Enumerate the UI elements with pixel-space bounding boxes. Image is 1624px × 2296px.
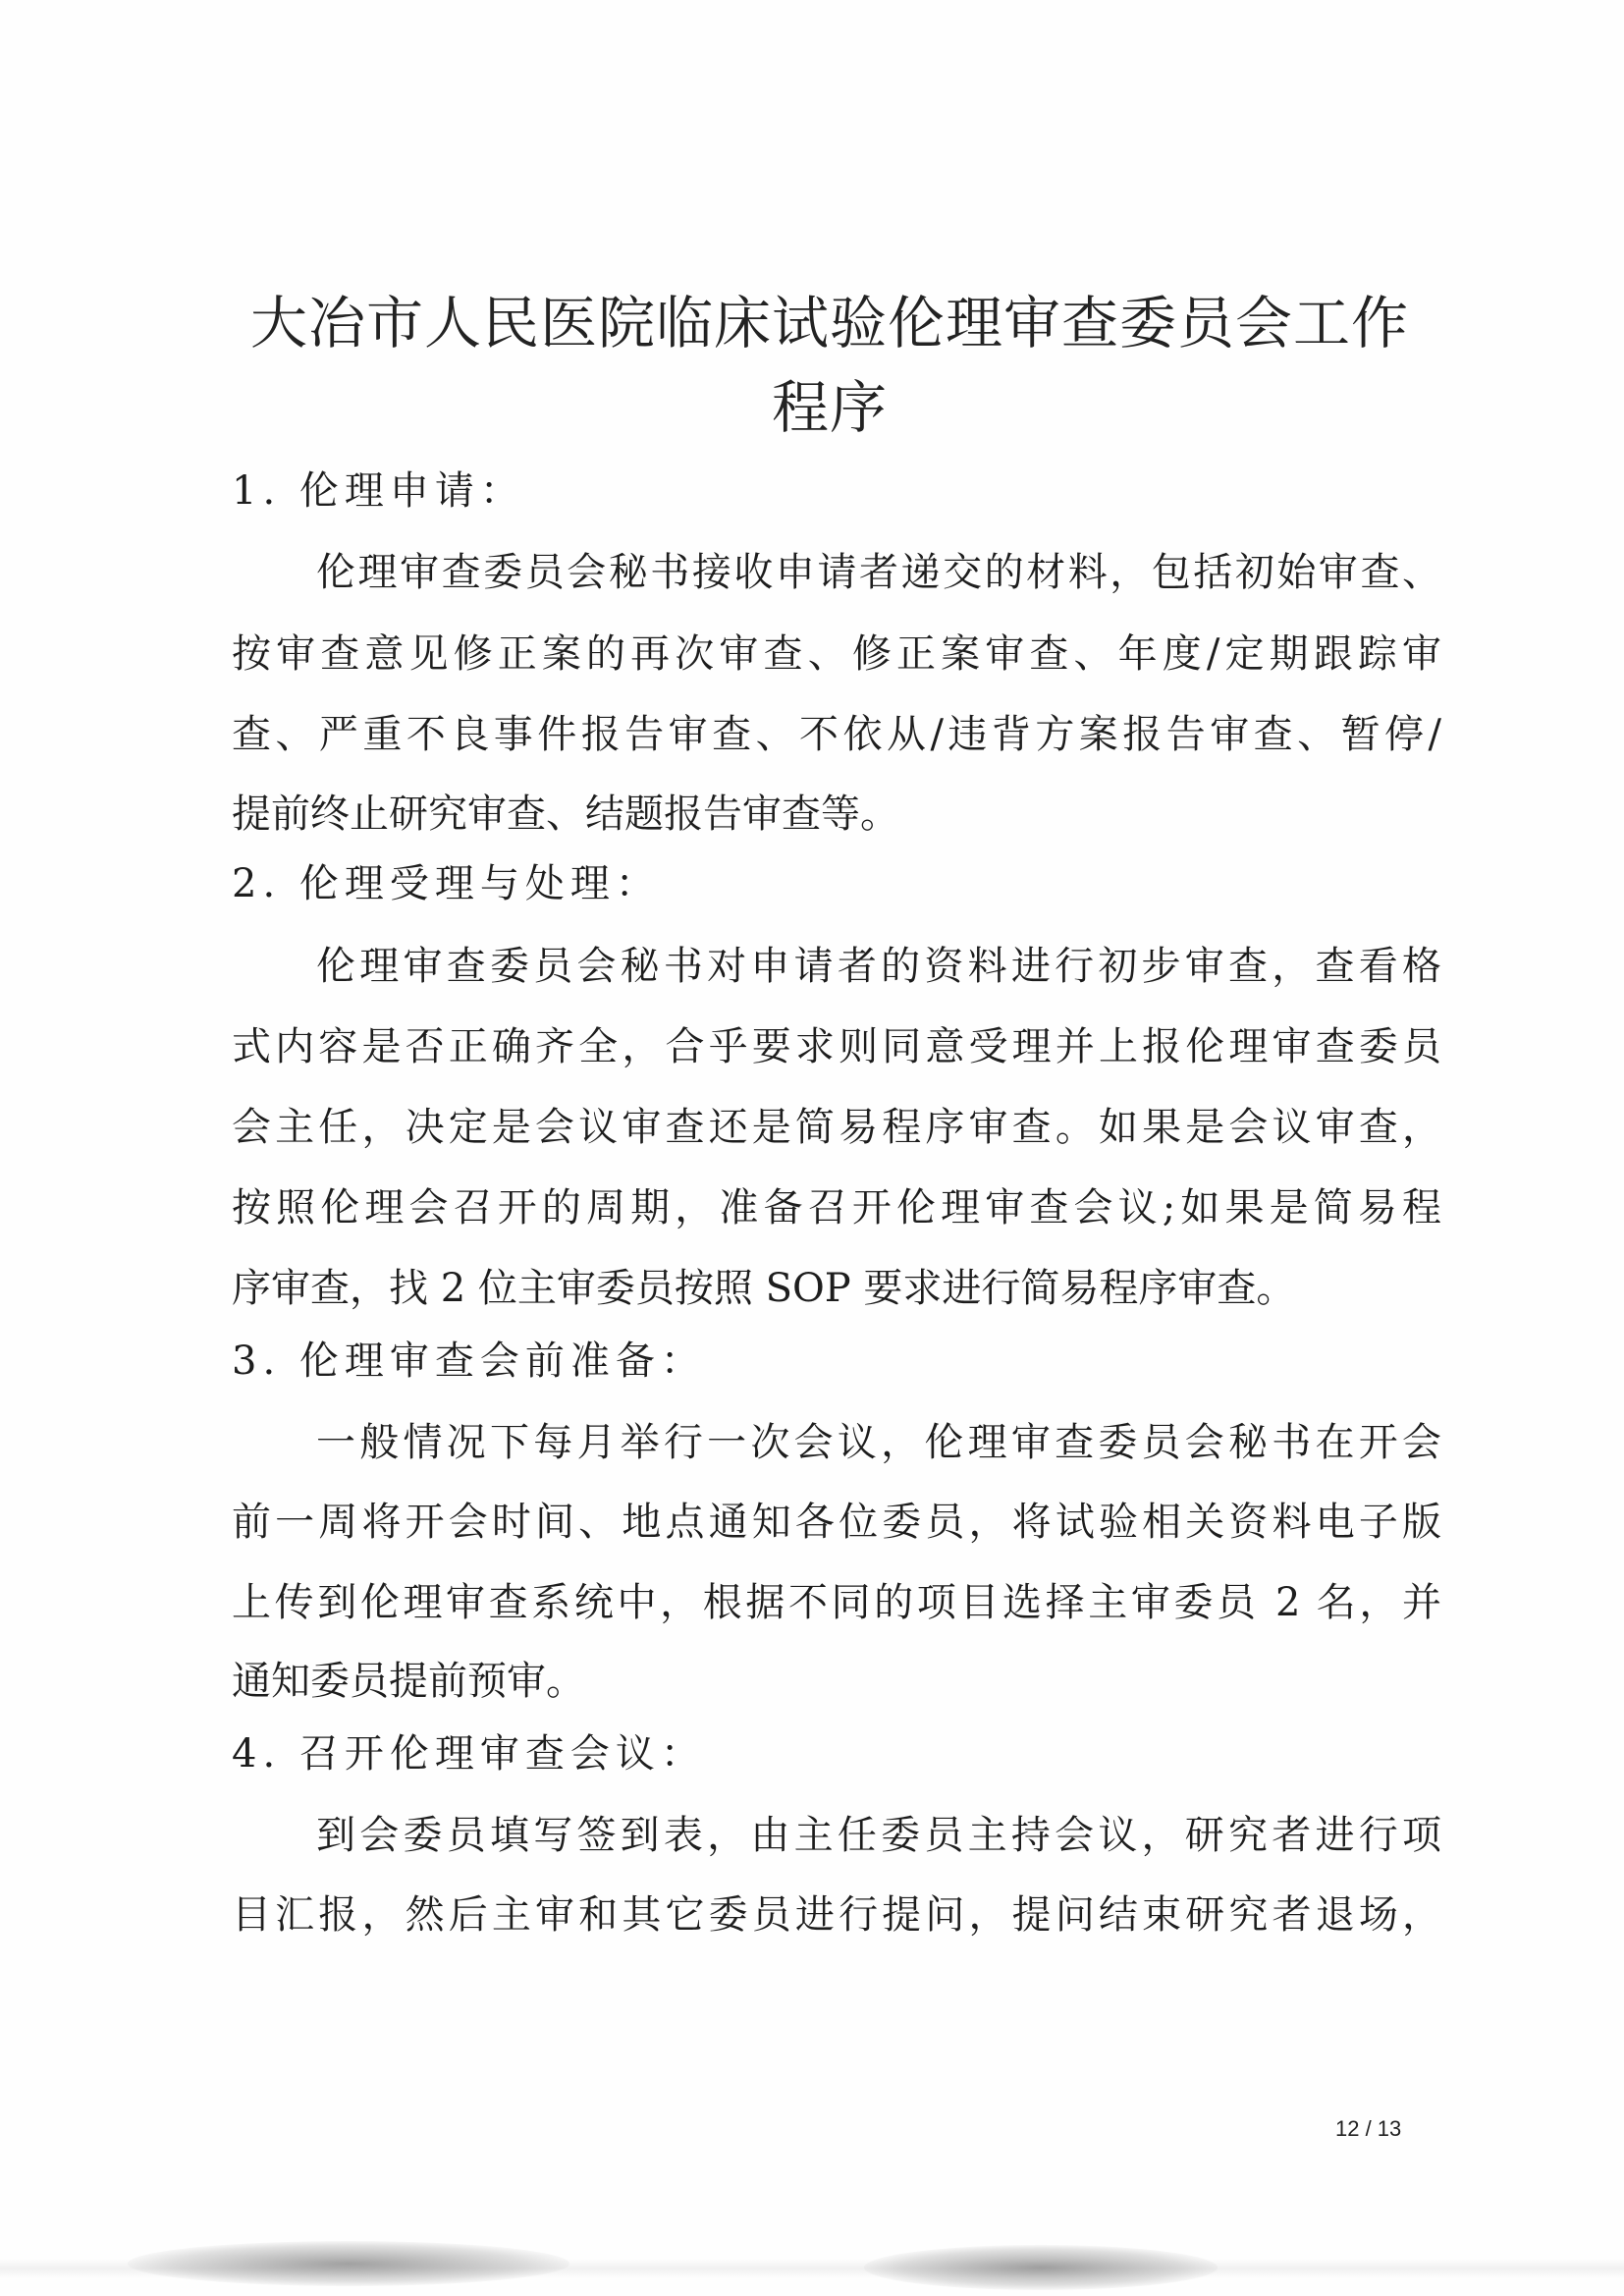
paragraph-line: 前一周将开会时间、地点通知各位委员，将试验相关资料电子版 [232,1497,1441,1548]
paragraph-line: 上传到伦理审查系统中，根据不同的项目选择主审委员 2 名，并 [232,1577,1441,1628]
paragraph-line: 按审查意见修正案的再次审查、修正案审查、年度/定期跟踪审 [232,629,1441,680]
section-heading-2: 2. 伦理受理与处理： [232,858,1441,909]
scan-smudge [864,2245,1218,2290]
paragraph-line: 通知委员提前预审。 [232,1656,1441,1707]
paragraph-line: 伦理审查委员会秘书对申请者的资料进行初步审查，查看格 [232,941,1441,992]
paragraph-line: 到会委员填写签到表，由主任委员主持会议，研究者进行项 [232,1810,1441,1861]
paragraph-line: 按照伦理会召开的周期，准备召开伦理审查会议;如果是简易程 [232,1182,1441,1233]
paragraph-line: 伦理审查委员会秘书接收申请者递交的材料，包括初始审查、 [232,547,1441,598]
paragraph-line: 序审查，找 2 位主审委员按照 SOP 要求进行简易程序审查。 [232,1263,1441,1314]
scan-smudge [128,2241,569,2286]
section-heading-3: 3. 伦理审查会前准备： [232,1336,1441,1387]
paragraph-line: 目汇报，然后主审和其它委员进行提问，提问结束研究者退场， [232,1889,1441,1941]
paragraph-line: 查、严重不良事件报告审查、不依从/违背方案报告审查、暂停/ [232,709,1441,760]
document-title-line-2: 程序 [226,361,1434,444]
paragraph-line: 一般情况下每月举行一次会议，伦理审查委员会秘书在开会 [232,1417,1441,1468]
document-title-line-1: 大冶市人民医院临床试验伦理审查委员会工作 [226,277,1434,359]
page-number: 12 / 13 [1335,2116,1401,2142]
document-page: 大冶市人民医院临床试验伦理审查委员会工作 程序 1. 伦理申请： 伦理审查委员会… [0,0,1624,2296]
section-heading-1: 1. 伦理申请： [232,465,1441,517]
paragraph-line: 式内容是否正确齐全，合乎要求则同意受理并上报伦理审查委员 [232,1021,1441,1072]
paragraph-line: 提前终止研究审查、结题报告审查等。 [232,789,1441,840]
paragraph-line: 会主任，决定是会议审查还是简易程序审查。如果是会议审查， [232,1102,1441,1153]
section-heading-4: 4. 召开伦理审查会议： [232,1728,1441,1779]
